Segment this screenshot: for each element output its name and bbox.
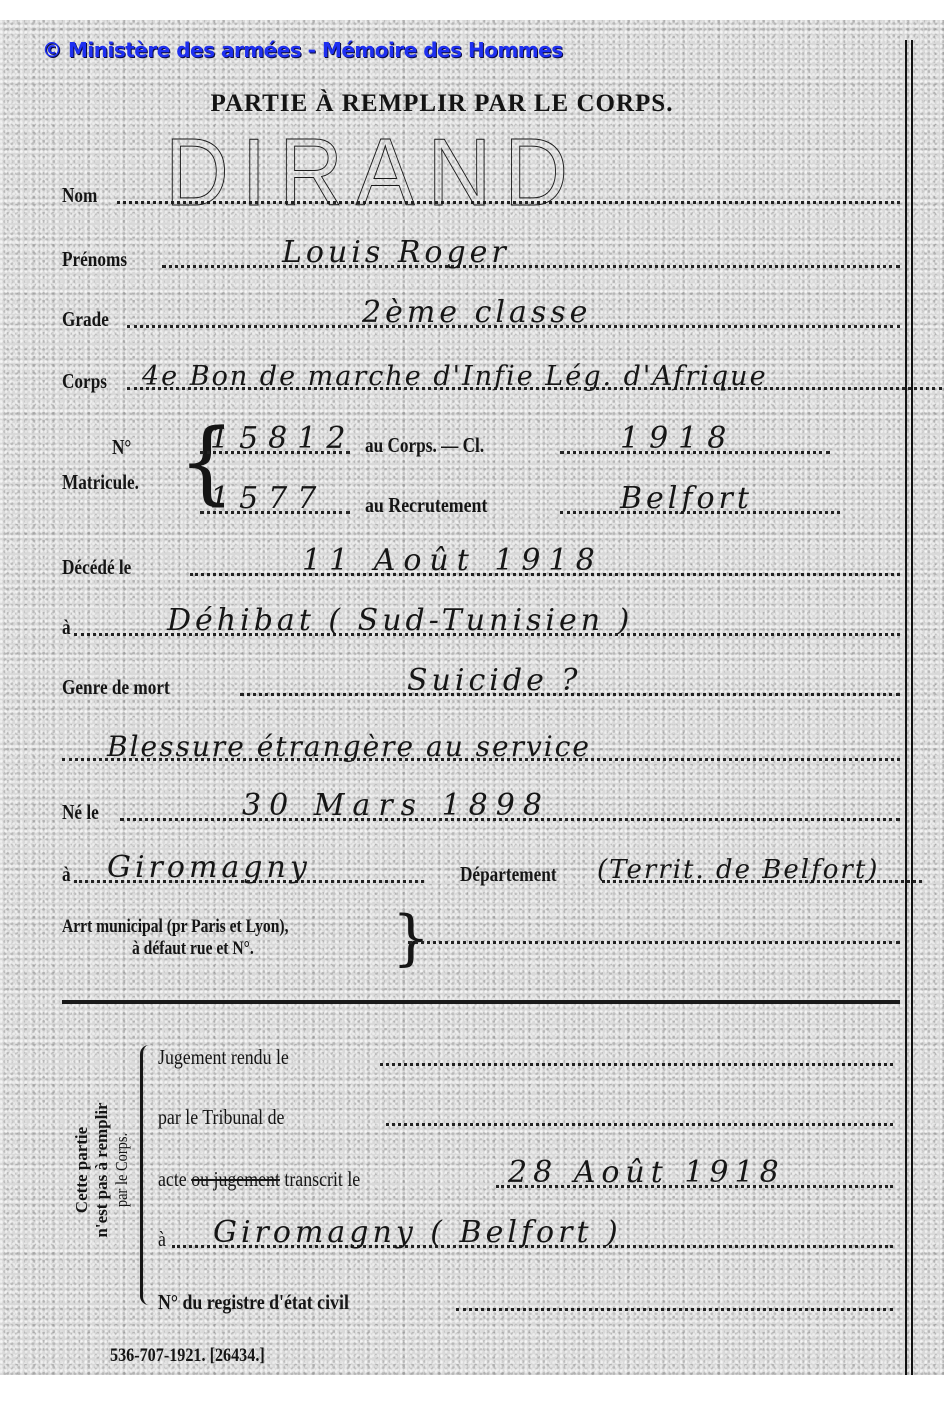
form-header: PARTIE À REMPLIR PAR LE CORPS. <box>0 90 944 118</box>
copyright-watermark: © Ministère des armées - Mémoire des Hom… <box>42 38 563 62</box>
transcription-value: 28 Août 1918 <box>508 1155 785 1190</box>
field-jugement: Jugement rendu le <box>158 1040 893 1070</box>
registre-label: N° du registre d'état civil <box>158 1290 349 1315</box>
field-transcription-lieu: à Giromagny ( Belfort ) <box>158 1222 893 1252</box>
field-naissance-lieu: à Giromagny Département (Territ. de Belf… <box>62 857 922 887</box>
field-genre-de-mort-detail: Blessure étrangère au service <box>62 735 900 765</box>
civil-section-note: Cette partie n'est pas à remplir par le … <box>62 1045 142 1295</box>
tribunal-label: par le Tribunal de <box>158 1105 284 1130</box>
au-corps-label: au Corps. — Cl. <box>365 433 484 458</box>
genre-de-mort-label: Genre de mort <box>62 675 170 700</box>
departement-value: (Territ. de Belfort) <box>597 855 879 885</box>
recrutement-place: Belfort <box>620 481 753 516</box>
corps-label: Corps <box>62 369 107 394</box>
field-registre: N° du registre d'état civil <box>158 1285 893 1315</box>
ne-le-label: Né le <box>62 800 99 825</box>
grade-value: 2ème classe <box>362 295 591 330</box>
matricule-label: N° Matricule. <box>62 430 182 500</box>
right-border-line <box>911 40 913 1375</box>
naissance-lieu-value: Giromagny <box>107 850 311 885</box>
ou-jugement-struck: ou jugement <box>191 1167 280 1191</box>
field-ne-le: Né le 30 Mars 1898 <box>62 795 900 825</box>
genre-de-mort-value: Suicide ? <box>407 663 581 698</box>
print-reference: 536-707-1921. [26434.] <box>110 1345 265 1367</box>
transcription-lieu-label: à <box>158 1227 166 1252</box>
section-divider <box>62 1000 900 1004</box>
transcrit-le-label: transcrit le <box>284 1167 360 1191</box>
matricule-recrutement-number: 1577 <box>210 481 326 516</box>
corps-value: 4e Bon de marche d'Infie Lég. d'Afrique <box>142 361 768 392</box>
dotted-line <box>380 1063 893 1066</box>
grade-label: Grade <box>62 307 109 332</box>
acte-label: acte <box>158 1167 187 1191</box>
genre-de-mort-detail: Blessure étrangère au service <box>107 730 591 763</box>
dotted-line <box>162 265 900 268</box>
nom-value: DIRAND <box>165 118 581 228</box>
brace-icon <box>140 1045 149 1305</box>
dotted-line <box>456 1308 893 1311</box>
naissance-lieu-label: à <box>62 862 71 887</box>
nom-label: Nom <box>62 183 97 208</box>
dotted-line <box>386 1123 893 1126</box>
field-matricule-recrutement: 1577 au Recrutement Belfort <box>200 488 840 518</box>
field-decede-le: Décédé le 11 Août 1918 <box>62 550 900 580</box>
au-recrutement-label: au Recrutement <box>365 493 487 518</box>
departement-label: Département <box>460 862 557 887</box>
prenoms-label: Prénoms <box>62 247 127 272</box>
classe-value: 1918 <box>620 421 736 456</box>
arrondissement-label: Arrt municipal (pr Paris et Lyon), à déf… <box>62 912 392 962</box>
jugement-label: Jugement rendu le <box>158 1045 289 1070</box>
decede-value: 11 Août 1918 <box>302 543 603 578</box>
field-prenoms: Prénoms Louis Roger <box>62 242 900 272</box>
right-border-line <box>905 40 907 1375</box>
field-grade: Grade 2ème classe <box>62 302 900 332</box>
field-deces-lieu: à Déhibat ( Sud-Tunisien ) <box>62 610 900 640</box>
prenoms-value: Louis Roger <box>282 235 510 270</box>
field-transcription: acte ou jugement transcrit le 28 Août 19… <box>158 1162 893 1192</box>
field-arrondissement <box>408 918 900 948</box>
deces-lieu-label: à <box>62 615 71 640</box>
deces-lieu-value: Déhibat ( Sud-Tunisien ) <box>167 603 633 638</box>
dotted-line <box>408 941 900 944</box>
field-matricule-corps: 15812 au Corps. — Cl. 1918 <box>200 428 830 458</box>
field-tribunal: par le Tribunal de <box>158 1100 893 1130</box>
decede-label: Décédé le <box>62 555 131 580</box>
matricule-corps-number: 15812 <box>210 421 355 456</box>
ne-le-value: 30 Mars 1898 <box>242 788 550 823</box>
field-corps: Corps 4e Bon de marche d'Infie Lég. d'Af… <box>62 364 942 394</box>
transcription-lieu-value: Giromagny ( Belfort ) <box>213 1215 622 1250</box>
field-genre-de-mort: Genre de mort Suicide ? <box>62 670 900 700</box>
